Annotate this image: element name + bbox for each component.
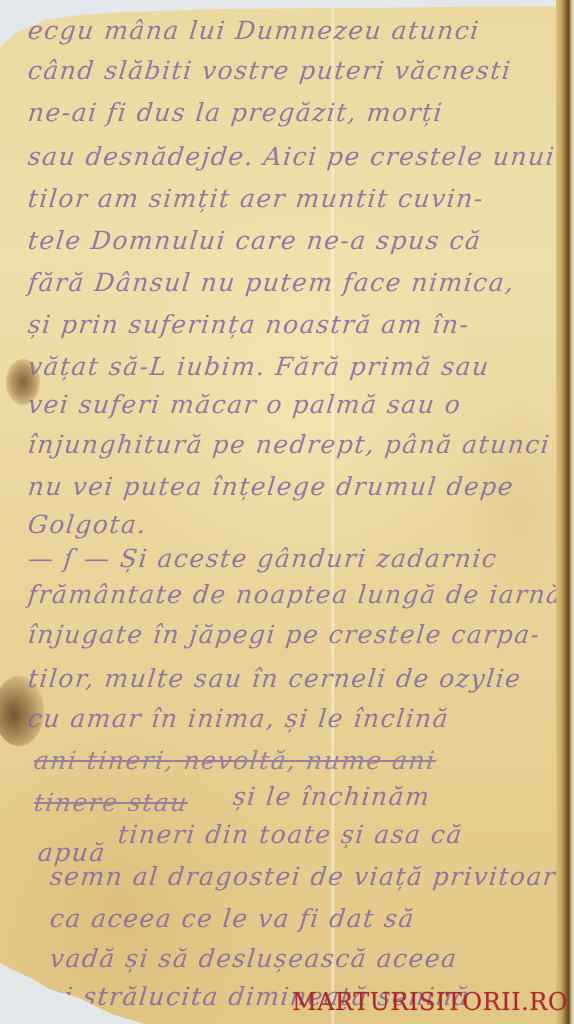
handwritten-line: vadă și să deslușească aceea (48, 944, 459, 973)
handwritten-line: și le închinăm (231, 782, 431, 811)
handwritten-line: înjugate în jăpegi pe crestele carpa- (26, 620, 542, 649)
handwritten-line: vei suferi măcar o palmă sau o (26, 390, 463, 419)
handwritten-line: înjunghitură pe nedrept, până atunci (26, 430, 552, 459)
handwritten-line: frământate de noaptea lungă de iarnă (26, 580, 564, 609)
handwritten-line-struck: tinere stau (32, 788, 189, 817)
handwritten-line: nu vei putea înțelege drumul depe (26, 472, 515, 501)
handwritten-line: sau desnădejde. Aici pe crestele unui (26, 142, 556, 171)
handwritten-line: fără Dânsul nu putem face nimica, (26, 268, 516, 297)
handwritten-line: tilor am simțit aer muntit cuvin- (26, 184, 485, 213)
handwritten-line: tineri din toate și asa că (116, 820, 464, 849)
handwritten-line: — ſ — Și aceste gânduri zadarnic (26, 544, 499, 573)
handwritten-line: vățat să-L iubim. Fără primă sau (26, 352, 491, 381)
notebook-spine (556, 0, 574, 1024)
handwritten-line: cu amar în inima, și le înclină (26, 704, 450, 733)
site-watermark: MARTURISITORII.RO (292, 988, 568, 1016)
manuscript-paper: ecgu mâna lui Dumnezeu atunci când slăbi… (0, 6, 556, 1024)
handwritten-line: ne-ai fi dus la pregăzit, morți (26, 98, 444, 127)
handwritten-line-struck: ani tineri, nevoltă, nume ani (32, 746, 437, 775)
scanned-page: ecgu mâna lui Dumnezeu atunci când slăbi… (0, 0, 574, 1024)
handwritten-line: tilor, multe sau în cerneli de ozylie (26, 664, 523, 693)
handwritten-line: ca aceea ce le va fi dat să (48, 904, 416, 933)
handwritten-line: și prin suferința noastră am în- (26, 310, 471, 339)
handwritten-line: Golgota. (26, 510, 148, 539)
handwritten-line: tele Domnului care ne-a spus că (26, 226, 483, 255)
handwritten-line: semn al dragostei de viață privitoare (48, 862, 574, 891)
handwritten-line: ecgu mâna lui Dumnezeu atunci (26, 16, 481, 45)
handwritten-line: când slăbiti vostre puteri văcnesti (26, 56, 513, 85)
